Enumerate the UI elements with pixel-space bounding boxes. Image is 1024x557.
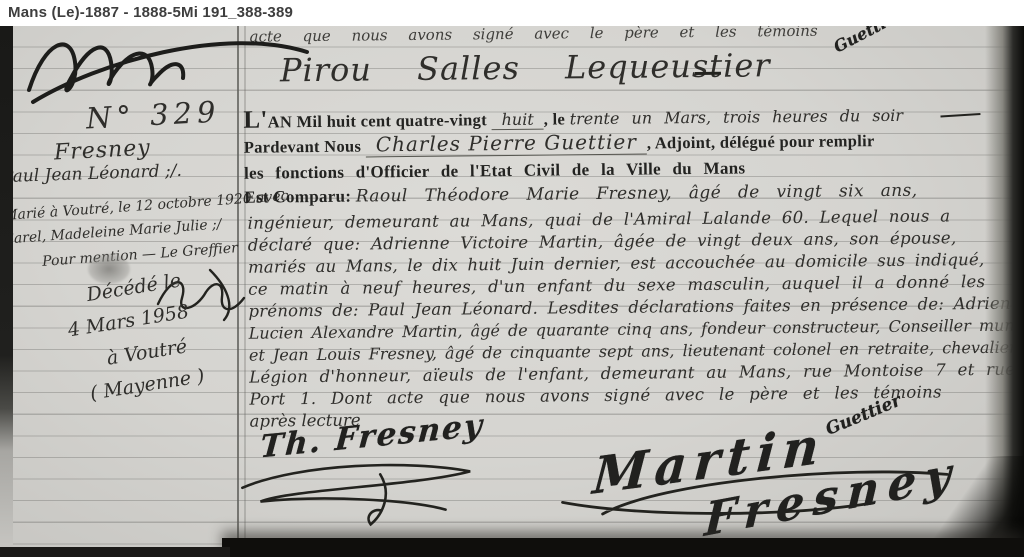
line-comparu-written: Raoul Théodore Marie Fresney, âgé de vin…: [356, 181, 918, 207]
line-fill-dash: [940, 113, 980, 118]
page-edge-bottom-left: [0, 547, 230, 557]
title-bar: Mans (Le)-1887 - 1888-5Mi 191_388-389: [0, 0, 1024, 26]
officiant-signature-top: Guettier: [830, 26, 905, 56]
line-officiant-printed-2: , Adjoint, délégué pour remplir: [647, 131, 875, 152]
line-year-written-2: trente un Mars, trois heures du soir: [570, 106, 904, 128]
line-comparu-printed: Est Comparu:: [244, 187, 351, 207]
act-heading-names: Pirou Salles Lequeustier: [280, 46, 771, 89]
heading-dash: [695, 72, 721, 75]
page-title: Mans (Le)-1887 - 1888-5Mi 191_388-389: [8, 4, 293, 21]
father-signature-flourish-svg: [230, 457, 501, 530]
line-year-written-1: huit: [491, 110, 543, 131]
line-comparu: Est Comparu: Raoul Théodore Marie Fresne…: [244, 181, 917, 208]
page-edge-bottom: [222, 538, 1024, 557]
act-text-block: acte que nous avons signé avec le père e…: [0, 26, 1024, 557]
line-year-printed-1: L'AN Mil huit cent quatre-vingt: [243, 104, 487, 135]
previous-act-ending: acte que nous avons signé avec le père e…: [250, 26, 818, 46]
line-functions: les fonctions d'Officier de l'Etat Civil…: [244, 158, 746, 183]
body-line: Port 1. Dont acte que nous avons signé a…: [249, 382, 942, 408]
archive-viewer-screenshot: Mans (Le)-1887 - 1888-5Mi 191_388-389 N°…: [0, 0, 1024, 557]
line-year-printed-2: , le: [544, 109, 566, 128]
line-officiant: Pardevant Nous Charles Pierre Guettier, …: [244, 127, 875, 159]
page-edge-left: [0, 26, 13, 557]
line-officiant-printed-1: Pardevant Nous: [244, 137, 362, 157]
line-officiant-written-1: Charles Pierre Guettier: [366, 130, 647, 158]
register-scan: N° 329 Fresney Paul Jean Léonard ;/. Mar…: [0, 26, 1024, 557]
